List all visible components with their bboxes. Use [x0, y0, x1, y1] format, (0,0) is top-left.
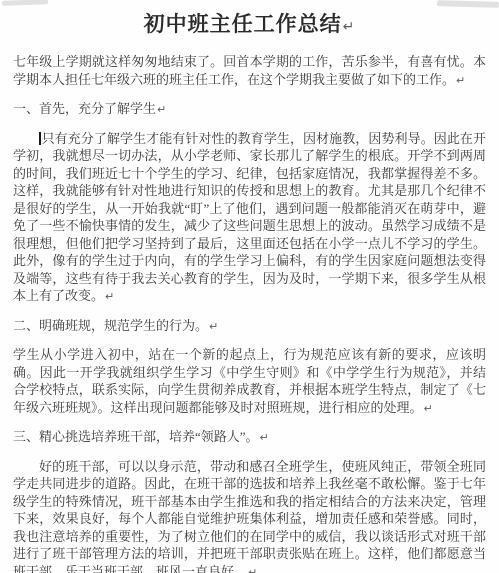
document-title: 初中班主任工作总结↵	[13, 9, 486, 42]
section-1-heading[interactable]: 一、首先，充分了解学生↵	[13, 100, 486, 119]
section-3-body-text: 好的班干部，可以以身示范，带动和感召全班学生，使班风纯正，带领全班同学走共同进步…	[13, 459, 486, 573]
section-3-heading[interactable]: 三、精心挑选培养班干部，培养“领路人”。↵	[13, 428, 486, 447]
document-window: { "symbols": { "paragraph_mark": "↵" }, …	[0, 0, 499, 573]
page-corner-smudge-right	[437, 0, 499, 8]
section-2-heading-text: 二、明确班规，规范学生的行为。	[13, 318, 208, 333]
paragraph-mark: ↵	[157, 103, 166, 116]
text-insertion-cursor	[39, 132, 41, 145]
section-1-body-text: 只有充分了解学生才能有针对性的教育学生，因材施教，因势利导。因此在开学初，我就想…	[13, 131, 486, 304]
paragraph-mark: ↵	[105, 290, 114, 303]
paragraph-mark: ↵	[343, 19, 356, 35]
document-page[interactable]: 初中班主任工作总结↵ 七年级上学期就这样匆匆地结束了。回首本学期的工作，苦乐参半…	[0, 0, 499, 573]
intro-paragraph[interactable]: 七年级上学期就这样匆匆地结束了。回首本学期的工作，苦乐参半，有喜有忧。本学期本人…	[13, 53, 486, 89]
intro-paragraph-text: 七年级上学期就这样匆匆地结束了。回首本学期的工作，苦乐参半，有喜有忧。本学期本人…	[13, 54, 486, 87]
paragraph-mark: ↵	[248, 566, 257, 573]
section-1-body[interactable]: 只有充分了解学生才能有针对性的教育学生，因材施教，因势利导。因此在开学初，我就想…	[13, 130, 486, 306]
paragraph-mark: ↵	[456, 74, 465, 87]
section-2-body[interactable]: 学生从小学进入初中，站在一个新的起点上，行为规范应该有新的要求，应该明确。因此一…	[13, 346, 486, 417]
section-1-heading-text: 一、首先，充分了解学生	[13, 101, 156, 116]
section-3-body[interactable]: 好的班干部，可以以身示范，带动和感召全班学生，使班风纯正，带领全班同学走共同进步…	[13, 458, 486, 573]
paragraph-mark: ↵	[209, 320, 218, 333]
section-3-heading-text: 三、精心挑选培养班干部，培养“领路人”。	[13, 429, 259, 444]
paragraph-mark: ↵	[260, 431, 269, 444]
section-2-body-text: 学生从小学进入初中，站在一个新的起点上，行为规范应该有新的要求，应该明确。因此一…	[13, 347, 486, 415]
page-corner-smudge-left	[2, 0, 48, 6]
document-title-text: 初中班主任工作总结	[144, 12, 342, 36]
section-2-heading[interactable]: 二、明确班规，规范学生的行为。↵	[13, 317, 486, 336]
paragraph-mark: ↵	[424, 402, 433, 415]
